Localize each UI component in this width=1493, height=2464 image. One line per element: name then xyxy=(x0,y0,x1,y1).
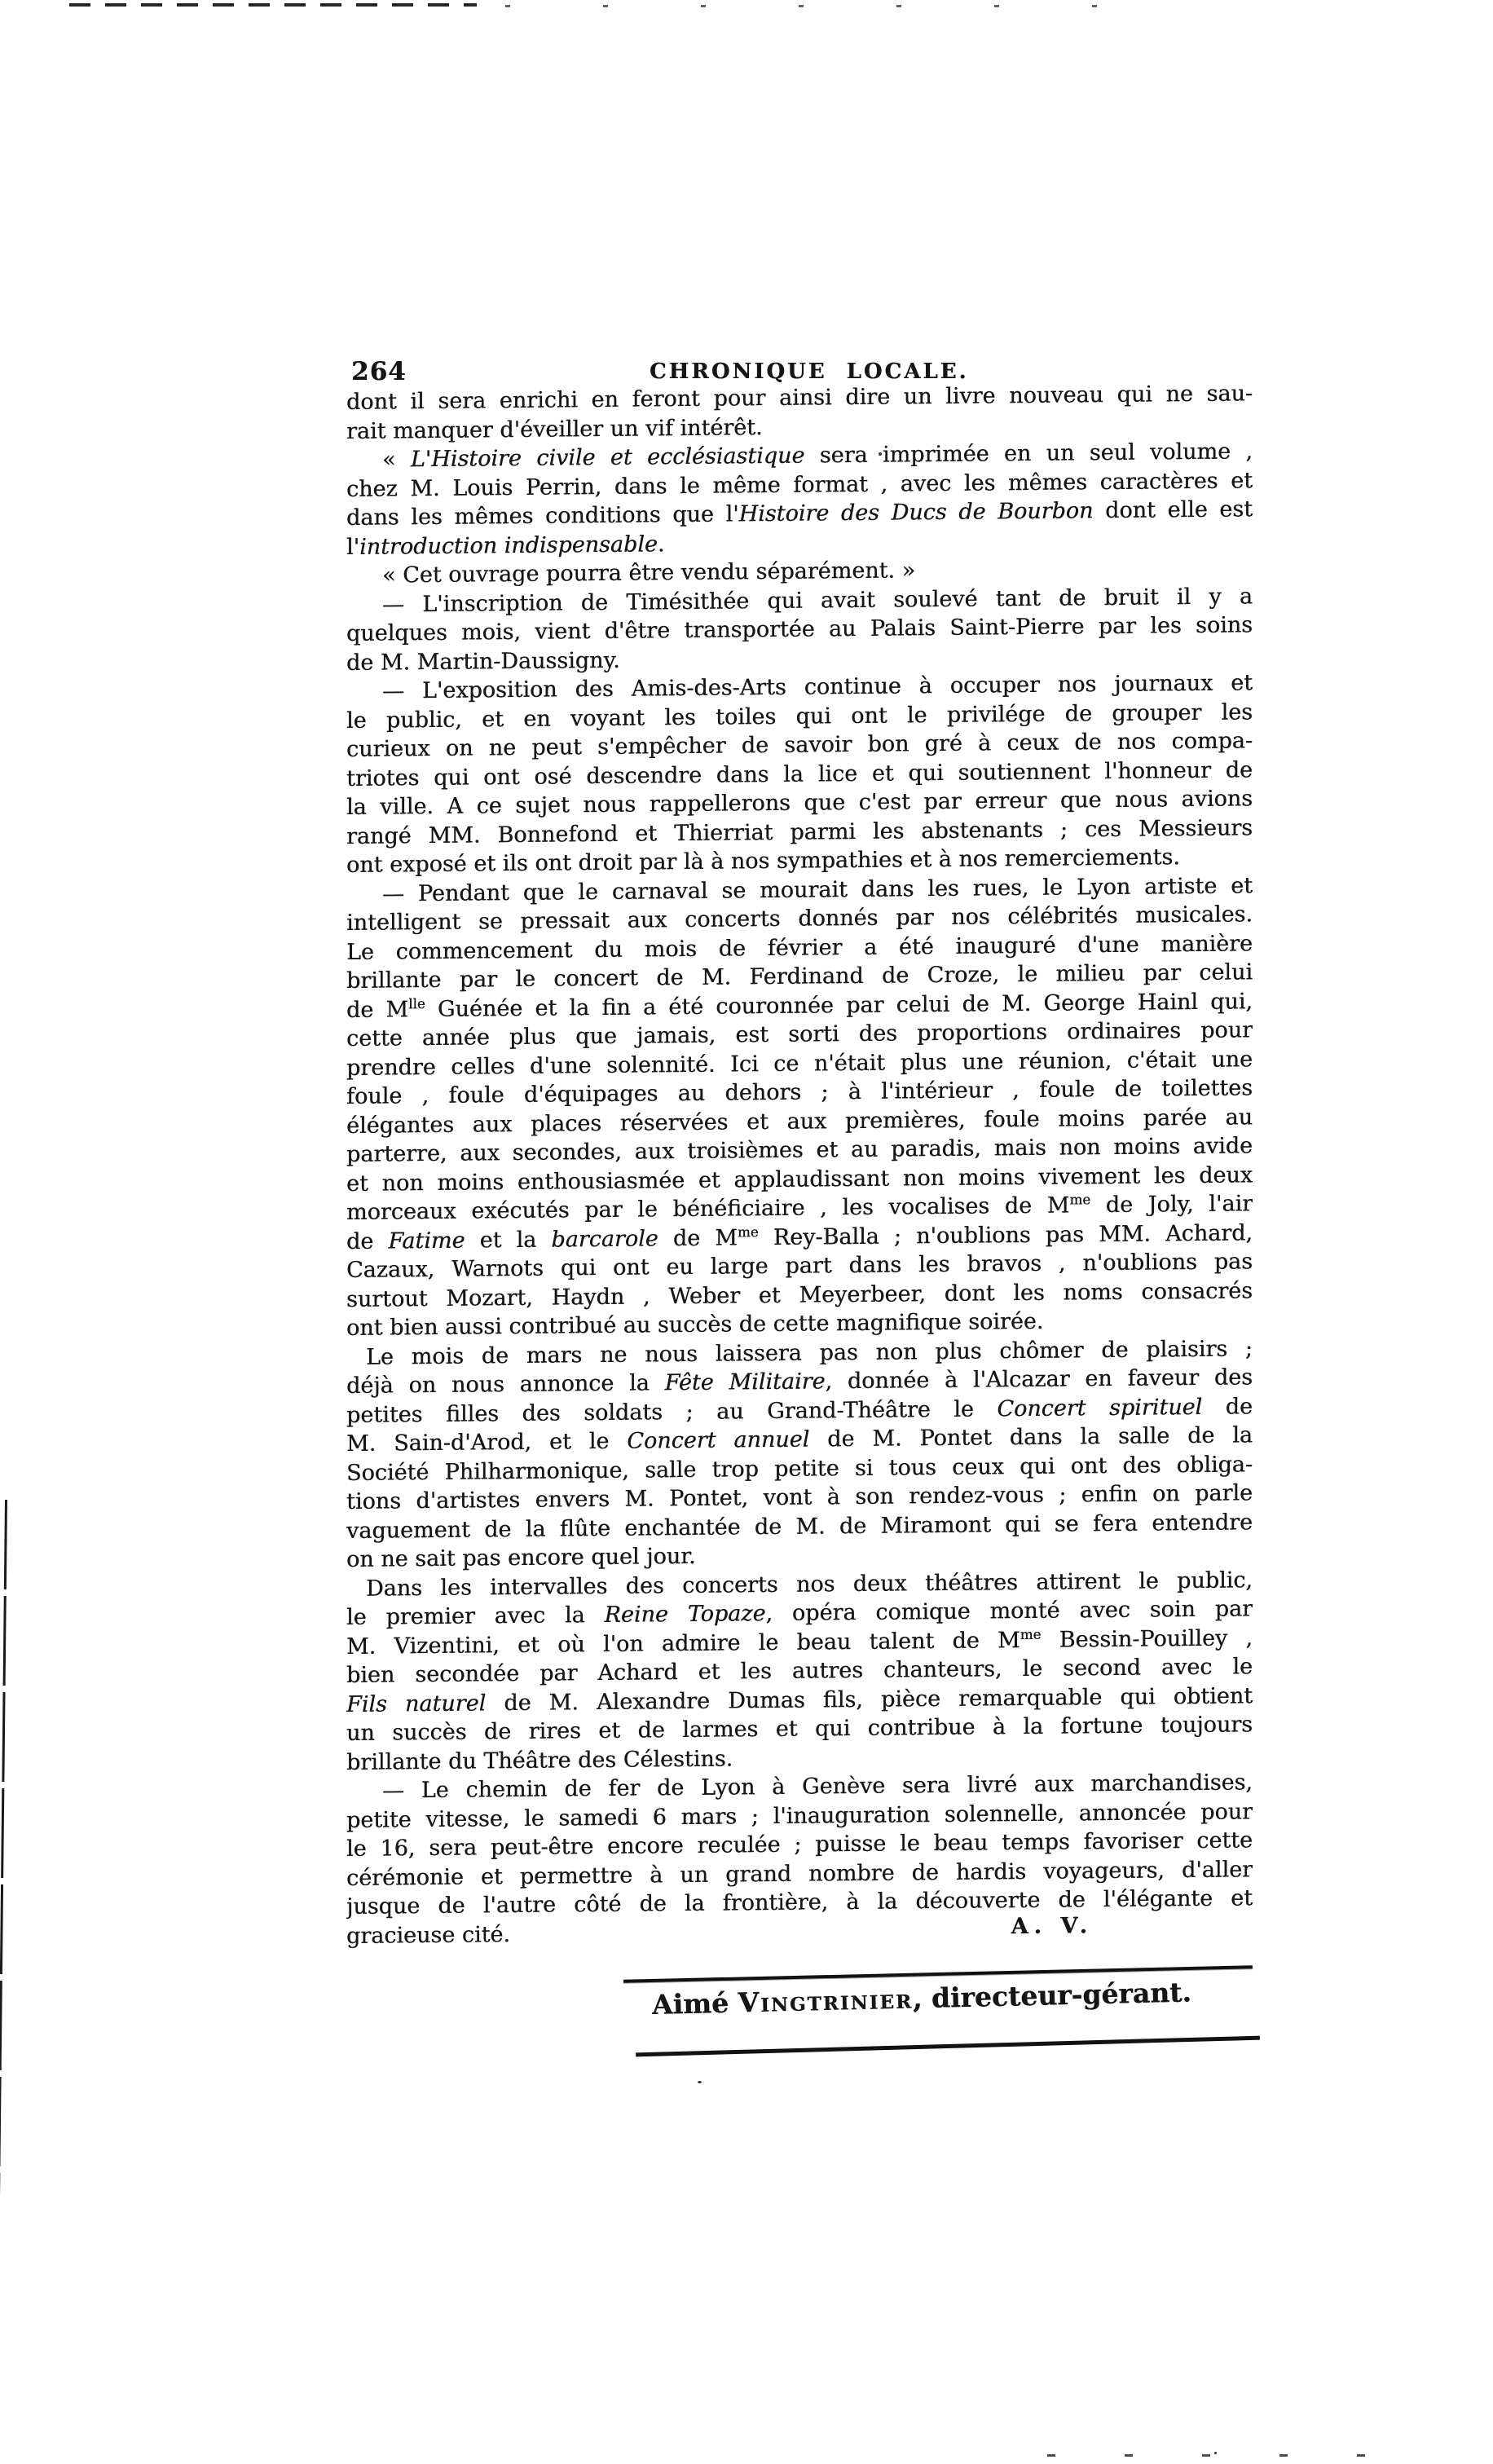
imprint-first-name: Aimé xyxy=(652,1987,738,2021)
ink-speck xyxy=(698,2081,702,2083)
rule-below-footer xyxy=(636,2036,1260,2057)
scan-artifact-top-dots xyxy=(505,5,1157,7)
imprint-line: Aimé Vingtrinier, directeur-gérant. xyxy=(652,1976,1223,2021)
scan-artifact-left-edge xyxy=(0,1500,7,2464)
page-number: 264 xyxy=(351,357,407,386)
scan-artifact-bottom-edge xyxy=(1047,2454,1390,2457)
running-title: CHRONIQUE LOCALE. xyxy=(650,359,969,384)
scan-artifact-top-edge xyxy=(69,3,477,7)
author-initials: A. V. xyxy=(1011,1913,1093,1941)
ink-speck xyxy=(1214,2452,1217,2454)
imprint-surname: Vingtrinier xyxy=(738,1982,913,2018)
imprint-role: , directeur-gérant. xyxy=(912,1976,1191,2014)
scanned-page: 264 CHRONIQUE LOCALE. dont il sera enric… xyxy=(0,0,1493,2464)
body-text: dont il sera enrichi en feront pour ains… xyxy=(346,379,1253,1950)
body-lines: dont il sera enrichi en feront pour ains… xyxy=(346,379,1253,1950)
